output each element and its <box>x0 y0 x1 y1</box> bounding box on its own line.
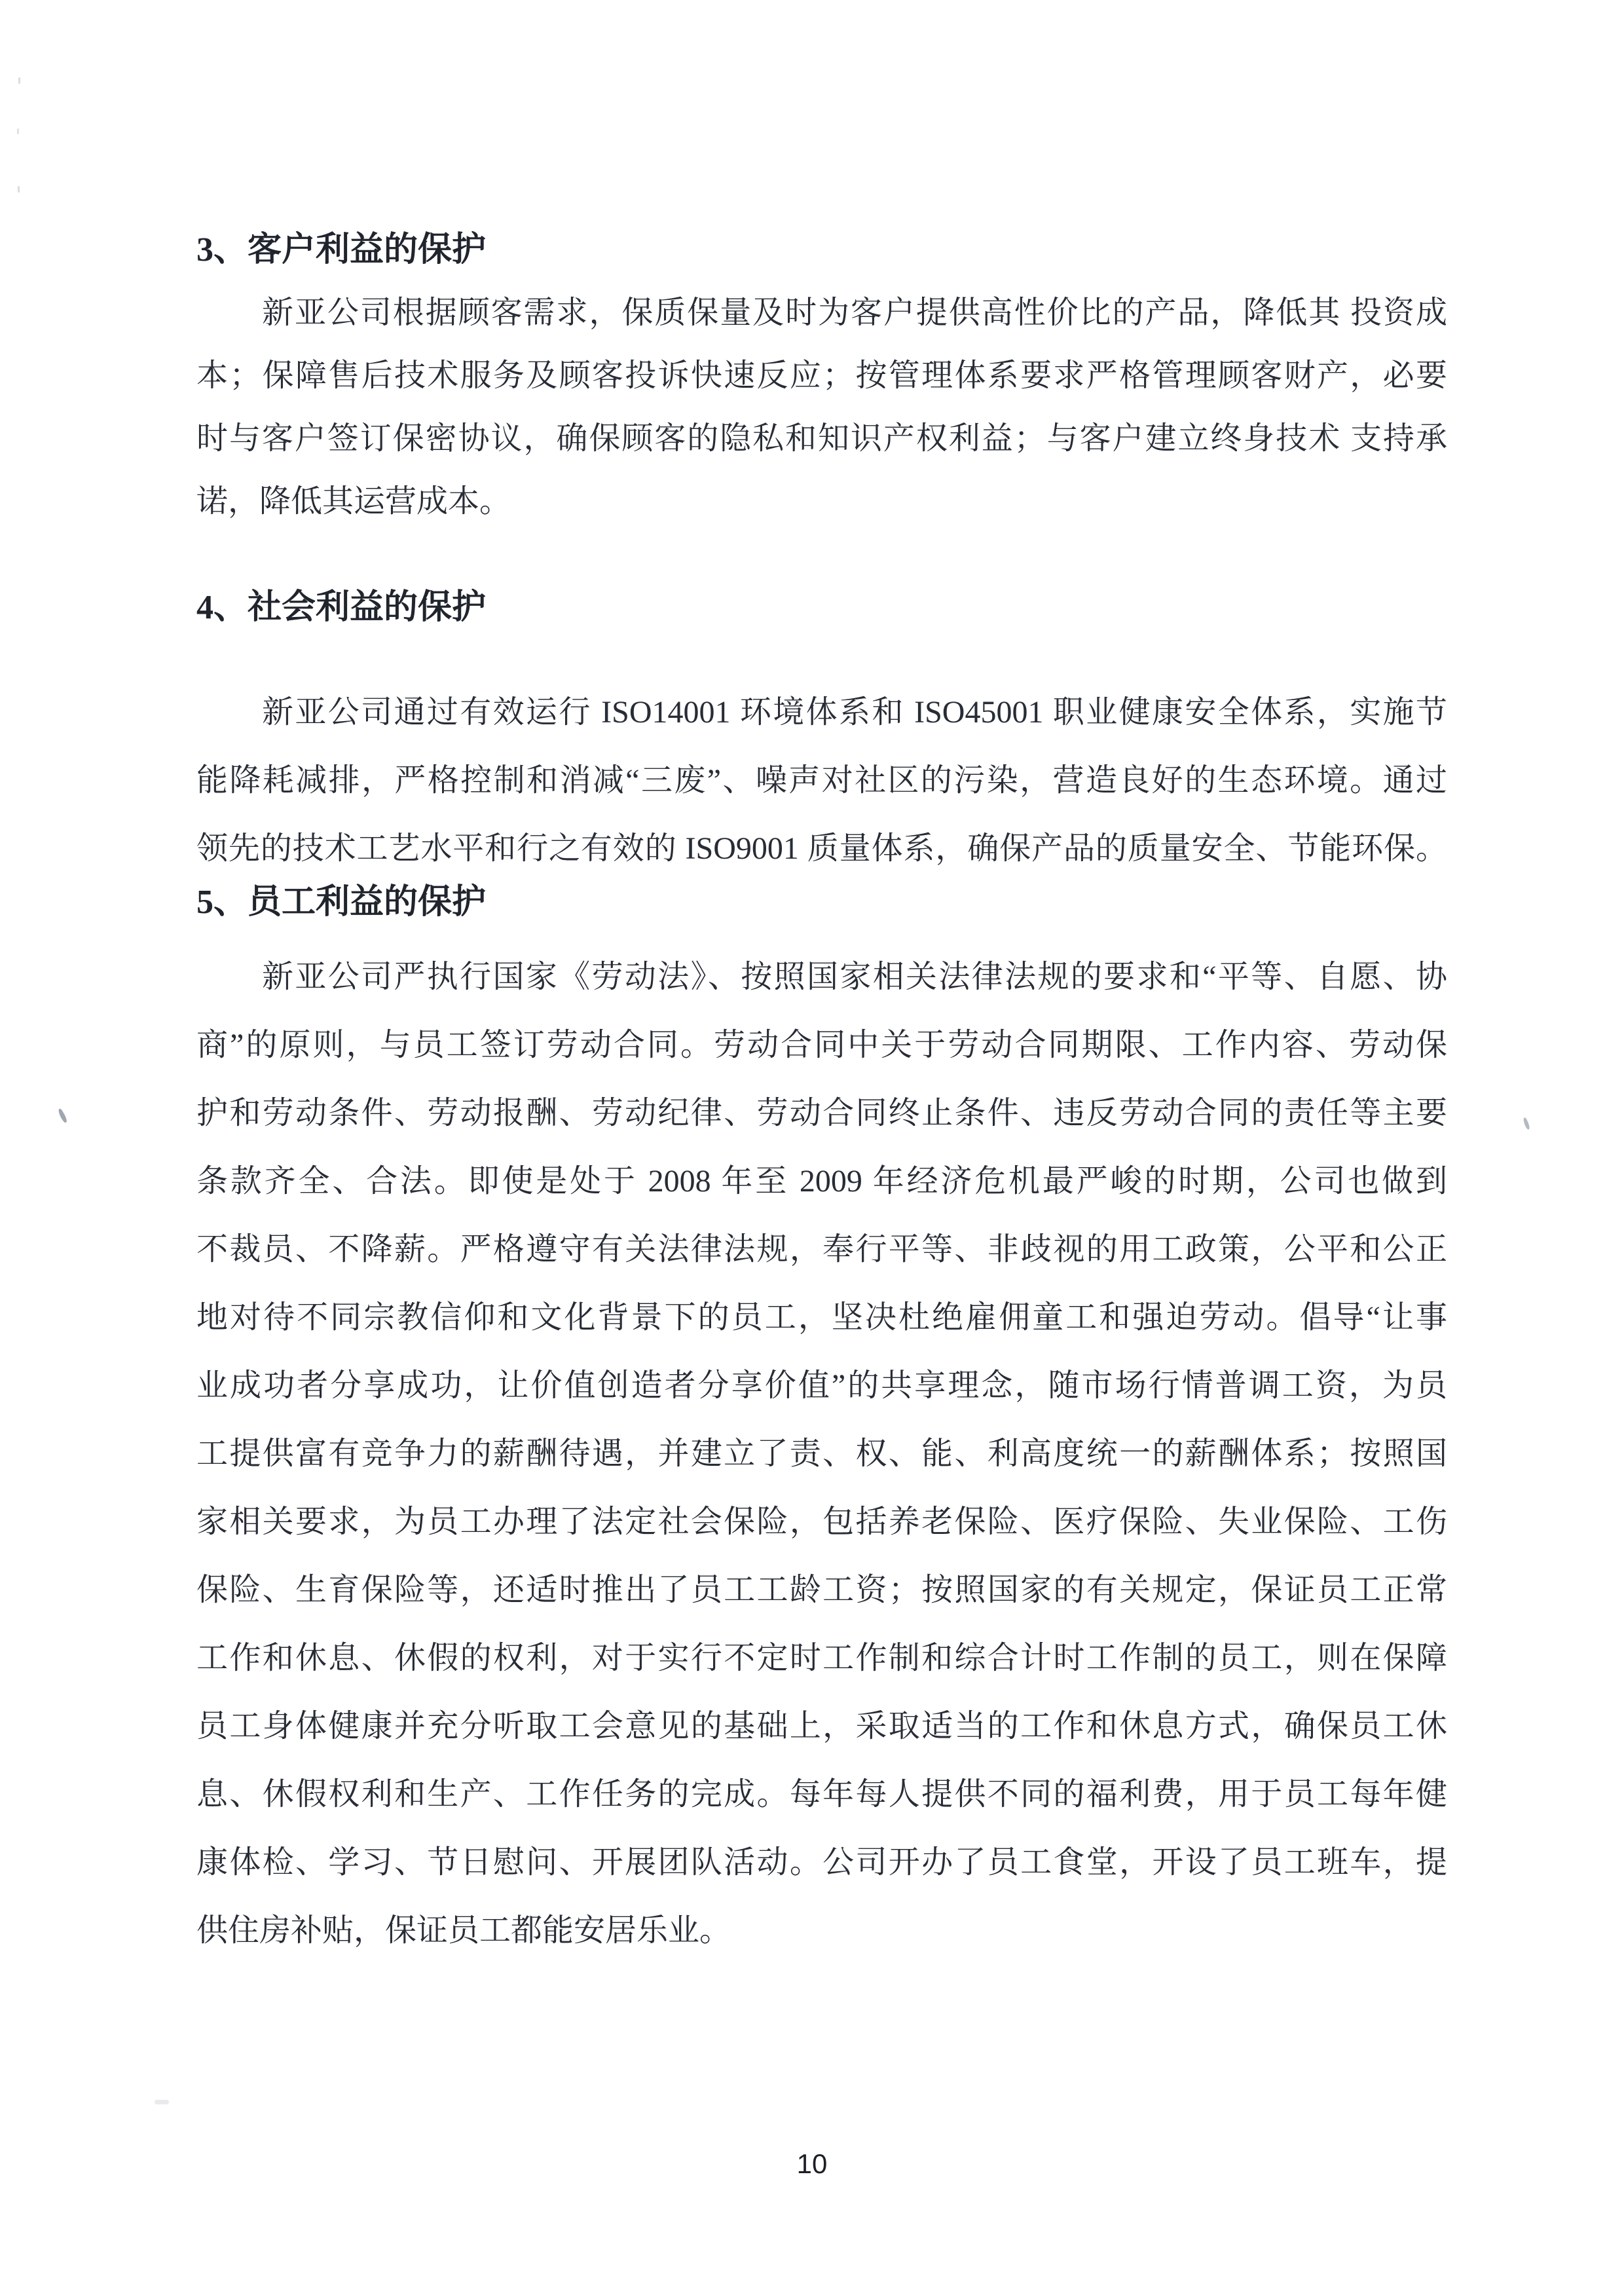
text-line: 不裁员、不降薪。严格遵守有关法律法规，奉行平等、非歧视的用工政策，公平和公正 <box>196 1216 1447 1284</box>
text-line: 诺，降低其运营成本。 <box>196 470 1447 533</box>
text-line: 供住房补贴，保证员工都能安居乐业。 <box>196 1897 1447 1965</box>
section-heading-customer-protection: 3、客户利益的保护 <box>196 224 1447 276</box>
text-line: 时与客户签订保密协议，确保顾客的隐私和知识产权利益；与客户建立终身技术 支持承 <box>196 407 1447 470</box>
text-line: 地对待不同宗教信仰和文化背景下的员工，坚决杜绝雇佣童工和强迫劳动。倡导“让事 <box>196 1284 1447 1352</box>
paragraph-employee-protection: 新亚公司严执行国家《劳动法》、按照国家相关法律法规的要求和“平等、自愿、协 商”… <box>196 943 1447 1965</box>
text-line: 员工身体健康并充分听取工会意见的基础上，采取适当的工作和休息方式，确保员工休 <box>196 1692 1447 1761</box>
paragraph-customer-protection: 新亚公司根据顾客需求，保质保量及时为客户提供高性价比的产品，降低其 投资成 本；… <box>196 282 1447 533</box>
text-line: 工作和休息、休假的权利，对于实行不定时工作制和综合计时工作制的员工，则在保障 <box>196 1624 1447 1692</box>
section-heading-employee-protection: 5、员工利益的保护 <box>196 876 1447 929</box>
text-line: 能降耗减排，严格控制和消减“三废”、噪声对社区的污染，营造良好的生态环境。通过 <box>196 747 1447 815</box>
text-line: 新亚公司根据顾客需求，保质保量及时为客户提供高性价比的产品，降低其 投资成 <box>196 282 1447 345</box>
text-line: 新亚公司通过有效运行 ISO14001 环境体系和 ISO45001 职业健康安… <box>196 679 1447 747</box>
text-line: 护和劳动条件、劳动报酬、劳动纪律、劳动合同终止条件、违反劳动合同的责任等主要 <box>196 1079 1447 1147</box>
text-line: 本；保障售后技术服务及顾客投诉快速反应；按管理体系要求严格管理顾客财产，必要 <box>196 345 1447 407</box>
scan-artifact-smudge <box>155 2100 169 2104</box>
text-line: 新亚公司严执行国家《劳动法》、按照国家相关法律法规的要求和“平等、自愿、协 <box>196 943 1447 1011</box>
text-line: 家相关要求，为员工办理了法定社会保险，包括养老保险、医疗保险、失业保险、工伤 <box>196 1488 1447 1556</box>
text-line: 工提供富有竞争力的薪酬待遇，并建立了责、权、能、利高度统一的薪酬体系；按照国 <box>196 1420 1447 1488</box>
text-line: 业成功者分享成功，让价值创造者分享价值”的共享理念，随市场行情普调工资，为员 <box>196 1352 1447 1420</box>
text-line: 条款齐全、合法。即使是处于 2008 年至 2009 年经济危机最严峻的时期，公… <box>196 1147 1447 1216</box>
scan-artifact-speck <box>18 186 20 193</box>
scanned-document-page: 3、客户利益的保护 新亚公司根据顾客需求，保质保量及时为客户提供高性价比的产品，… <box>0 0 1624 2295</box>
page-number: 10 <box>0 2148 1624 2180</box>
section-heading-social-protection: 4、社会利益的保护 <box>196 582 1447 634</box>
paragraph-social-protection: 新亚公司通过有效运行 ISO14001 环境体系和 ISO45001 职业健康安… <box>196 679 1447 883</box>
scan-artifact-comma-right <box>1522 1117 1530 1130</box>
text-line: 领先的技术工艺水平和行之有效的 ISO9001 质量体系，确保产品的质量安全、节… <box>196 815 1447 883</box>
text-line: 康体检、学习、节日慰问、开展团队活动。公司开办了员工食堂，开设了员工班车，提 <box>196 1829 1447 1897</box>
scan-artifact-speck <box>17 128 19 134</box>
scan-artifact-comma-left <box>57 1108 69 1123</box>
scan-artifact-speck <box>18 77 20 84</box>
text-line: 保险、生育保险等，还适时推出了员工工龄工资；按照国家的有关规定，保证员工正常 <box>196 1556 1447 1624</box>
text-line: 息、休假权利和生产、工作任务的完成。每年每人提供不同的福利费，用于员工每年健 <box>196 1761 1447 1829</box>
text-line: 商”的原则，与员工签订劳动合同。劳动合同中关于劳动合同期限、工作内容、劳动保 <box>196 1011 1447 1079</box>
